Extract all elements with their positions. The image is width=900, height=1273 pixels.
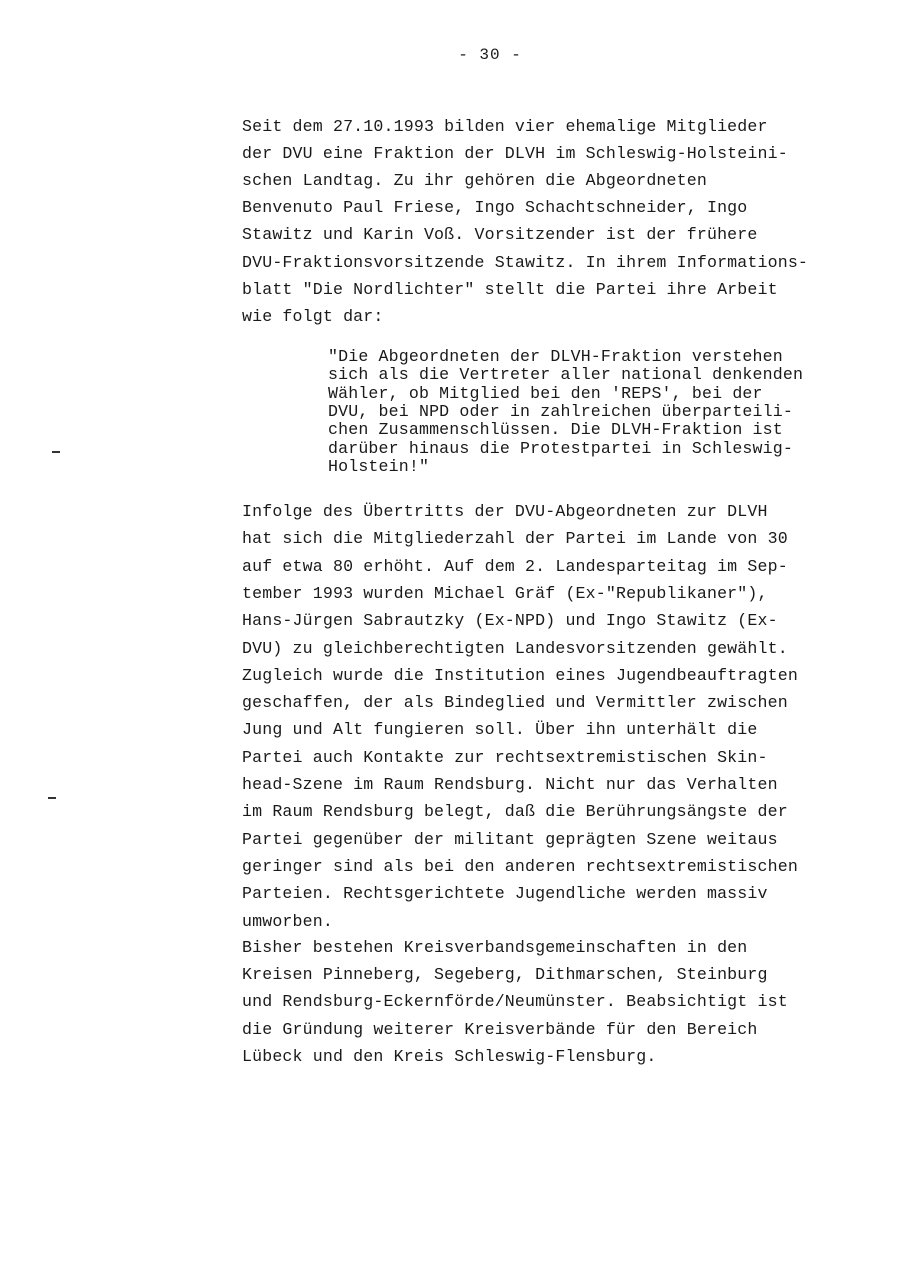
- text-line: und Rendsburg-Eckernförde/Neumünster. Be…: [242, 992, 788, 1011]
- text-line: umworben.: [242, 912, 333, 931]
- text-line: Hans-Jürgen Sabrautzky (Ex-NPD) und Ingo…: [242, 611, 778, 630]
- text-line: Benvenuto Paul Friese, Ingo Schachtschne…: [242, 198, 747, 217]
- text-line: Kreisen Pinneberg, Segeberg, Dithmarsche…: [242, 965, 768, 984]
- text-line: head-Szene im Raum Rendsburg. Nicht nur …: [242, 775, 778, 794]
- text-line: Infolge des Übertritts der DVU-Abgeordne…: [242, 502, 768, 521]
- text-line: Stawitz und Karin Voß. Vorsitzender ist …: [242, 225, 758, 244]
- margin-mark: [52, 451, 60, 453]
- text-line: chen Zusammenschlüssen. Die DLVH-Fraktio…: [328, 421, 783, 439]
- text-line: hat sich die Mitgliederzahl der Partei i…: [242, 529, 788, 548]
- margin-mark: [48, 797, 56, 799]
- text-line: der DVU eine Fraktion der DLVH im Schles…: [242, 144, 788, 163]
- text-line: schen Landtag. Zu ihr gehören die Abgeor…: [242, 171, 707, 190]
- text-line: DVU, bei NPD oder in zahlreichen überpar…: [328, 403, 793, 421]
- text-line: Partei gegenüber der militant geprägten …: [242, 830, 778, 849]
- text-line: darüber hinaus die Protestpartei in Schl…: [328, 440, 793, 458]
- text-line: geringer sind als bei den anderen rechts…: [242, 857, 798, 876]
- text-line: DVU) zu gleichberechtigten Landesvorsitz…: [242, 639, 788, 658]
- text-line: sich als die Vertreter aller national de…: [328, 366, 803, 384]
- text-line: Partei auch Kontakte zur rechtsextremist…: [242, 748, 768, 767]
- text-line: Wähler, ob Mitglied bei den 'REPS', bei …: [328, 385, 763, 403]
- text-line: Seit dem 27.10.1993 bilden vier ehemalig…: [242, 117, 768, 136]
- text-line: Bisher bestehen Kreisverbandsgemeinschaf…: [242, 938, 747, 957]
- text-line: die Gründung weiterer Kreisverbände für …: [242, 1020, 758, 1039]
- text-line: blatt "Die Nordlichter" stellt die Parte…: [242, 280, 778, 299]
- page-number: - 30 -: [0, 46, 900, 64]
- text-line: wie folgt dar:: [242, 307, 384, 326]
- text-line: Jung und Alt fungieren soll. Über ihn un…: [242, 720, 758, 739]
- text-line: Zugleich wurde die Institution eines Jug…: [242, 666, 798, 685]
- text-line: Parteien. Rechtsgerichtete Jugendliche w…: [242, 884, 768, 903]
- text-line: tember 1993 wurden Michael Gräf (Ex-"Rep…: [242, 584, 768, 603]
- text-line: auf etwa 80 erhöht. Auf dem 2. Landespar…: [242, 557, 788, 576]
- text-line: "Die Abgeordneten der DLVH-Fraktion vers…: [328, 348, 783, 366]
- text-line: DVU-Fraktionsvorsitzende Stawitz. In ihr…: [242, 253, 808, 272]
- text-line: Holstein!": [328, 458, 429, 476]
- text-line: Lübeck und den Kreis Schleswig-Flensburg…: [242, 1047, 656, 1066]
- text-line: geschaffen, der als Bindeglied und Vermi…: [242, 693, 788, 712]
- text-line: im Raum Rendsburg belegt, daß die Berühr…: [242, 802, 788, 821]
